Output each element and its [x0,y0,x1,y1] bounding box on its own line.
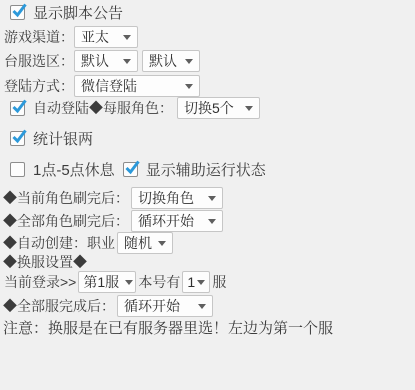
taiwan-server-value-2: 默认 [149,51,177,71]
chevron-down-icon [123,59,131,64]
after-all-servers-value: 循环开始 [124,296,180,316]
row-after-all-roles: ◆全部角色刷完后： 循环开始 [3,210,223,232]
chevron-down-icon [197,280,205,285]
row-taiwan-server: 台服选区： 默认 默认 [4,50,200,72]
after-all-servers-select[interactable]: 循环开始 [117,295,213,317]
game-channel-label: 游戏渠道： [4,27,74,47]
check-icon [11,128,28,145]
chevron-down-icon [158,241,166,246]
auto-create-class-value: 随机 [124,233,152,253]
row-rest-and-status: 1点-5点休息 显示辅助运行状态 [10,158,266,180]
show-announcement-checkbox[interactable] [10,5,25,20]
chevron-down-icon [185,59,193,64]
show-announcement-label[interactable]: 显示脚本公告 [33,2,123,23]
chevron-down-icon [208,196,216,201]
after-all-roles-select[interactable]: 循环开始 [131,210,223,232]
auto-create-class-select[interactable]: 随机 [117,232,173,254]
after-all-servers-label: ◆全部服完成后： [3,296,115,316]
rest-checkbox[interactable] [10,162,25,177]
row-note: 注意：换服是在已有服务器里选！左边为第一个服 [3,316,333,338]
current-server-value: 第1服 [83,272,119,292]
server-count-select[interactable]: 1 [182,271,210,293]
server-count-value: 1 [187,274,195,290]
show-assist-status-label[interactable]: 显示辅助运行状态 [146,159,266,180]
taiwan-server-label: 台服选区： [4,51,74,71]
row-game-channel: 游戏渠道： 亚太 [4,26,138,48]
chevron-down-icon [125,280,133,285]
auto-login-checkbox[interactable] [10,101,25,116]
row-silver-stats: 统计银两 [10,127,93,149]
chevron-down-icon [123,35,131,40]
taiwan-server-select-1[interactable]: 默认 [74,50,138,72]
after-all-roles-label: ◆全部角色刷完后： [3,211,129,231]
check-icon [11,98,28,115]
after-all-roles-value: 循环开始 [138,211,194,231]
after-current-role-value: 切换角色 [138,188,194,208]
server-count-suffix: 服 [212,272,226,292]
show-assist-status-checkbox[interactable] [123,162,138,177]
auto-login-label[interactable]: 自动登陆◆每服角色： [33,98,173,118]
row-after-all-servers: ◆全部服完成后： 循环开始 [3,295,213,317]
chevron-down-icon [245,106,253,111]
chevron-down-icon [185,84,193,89]
chars-per-server-select[interactable]: 切换5个 [177,97,260,119]
check-icon [11,2,28,19]
current-login-label: 当前登录>> [4,272,76,292]
row-server-section: ◆换服设置◆ [3,251,87,273]
chevron-down-icon [198,304,206,309]
after-current-role-label: ◆当前角色刷完后： [3,188,129,208]
chevron-down-icon [208,219,216,224]
auto-create-label: ◆自动创建：职业 [3,233,115,253]
game-channel-value: 亚太 [81,27,109,47]
after-current-role-select[interactable]: 切换角色 [131,187,223,209]
game-channel-select[interactable]: 亚太 [74,26,138,48]
script-settings-panel: 显示脚本公告 游戏渠道： 亚太 台服选区： 默认 默认 登陆方式： 微信登陆 [0,0,415,390]
taiwan-server-value-1: 默认 [81,51,109,71]
chars-per-server-value: 切换5个 [184,98,234,118]
check-icon [124,159,141,176]
note-text: 注意：换服是在已有服务器里选！左边为第一个服 [3,317,333,338]
row-login-method: 登陆方式： 微信登陆 [4,75,200,97]
server-count-prefix: 本号有 [138,272,180,292]
silver-stats-label[interactable]: 统计银两 [33,128,93,149]
login-method-select[interactable]: 微信登陆 [74,75,200,97]
login-method-value: 微信登陆 [81,76,137,96]
taiwan-server-select-2[interactable]: 默认 [142,50,200,72]
row-auto-login: 自动登陆◆每服角色： 切换5个 [10,97,260,119]
login-method-label: 登陆方式： [4,76,74,96]
row-after-current-role: ◆当前角色刷完后： 切换角色 [3,187,223,209]
row-current-login: 当前登录>> 第1服 本号有 1 服 [4,271,226,293]
row-show-announcement: 显示脚本公告 [10,1,123,23]
server-section-header: ◆换服设置◆ [3,252,87,272]
silver-stats-checkbox[interactable] [10,131,25,146]
rest-label[interactable]: 1点-5点休息 [33,159,115,180]
current-server-select[interactable]: 第1服 [78,271,136,293]
